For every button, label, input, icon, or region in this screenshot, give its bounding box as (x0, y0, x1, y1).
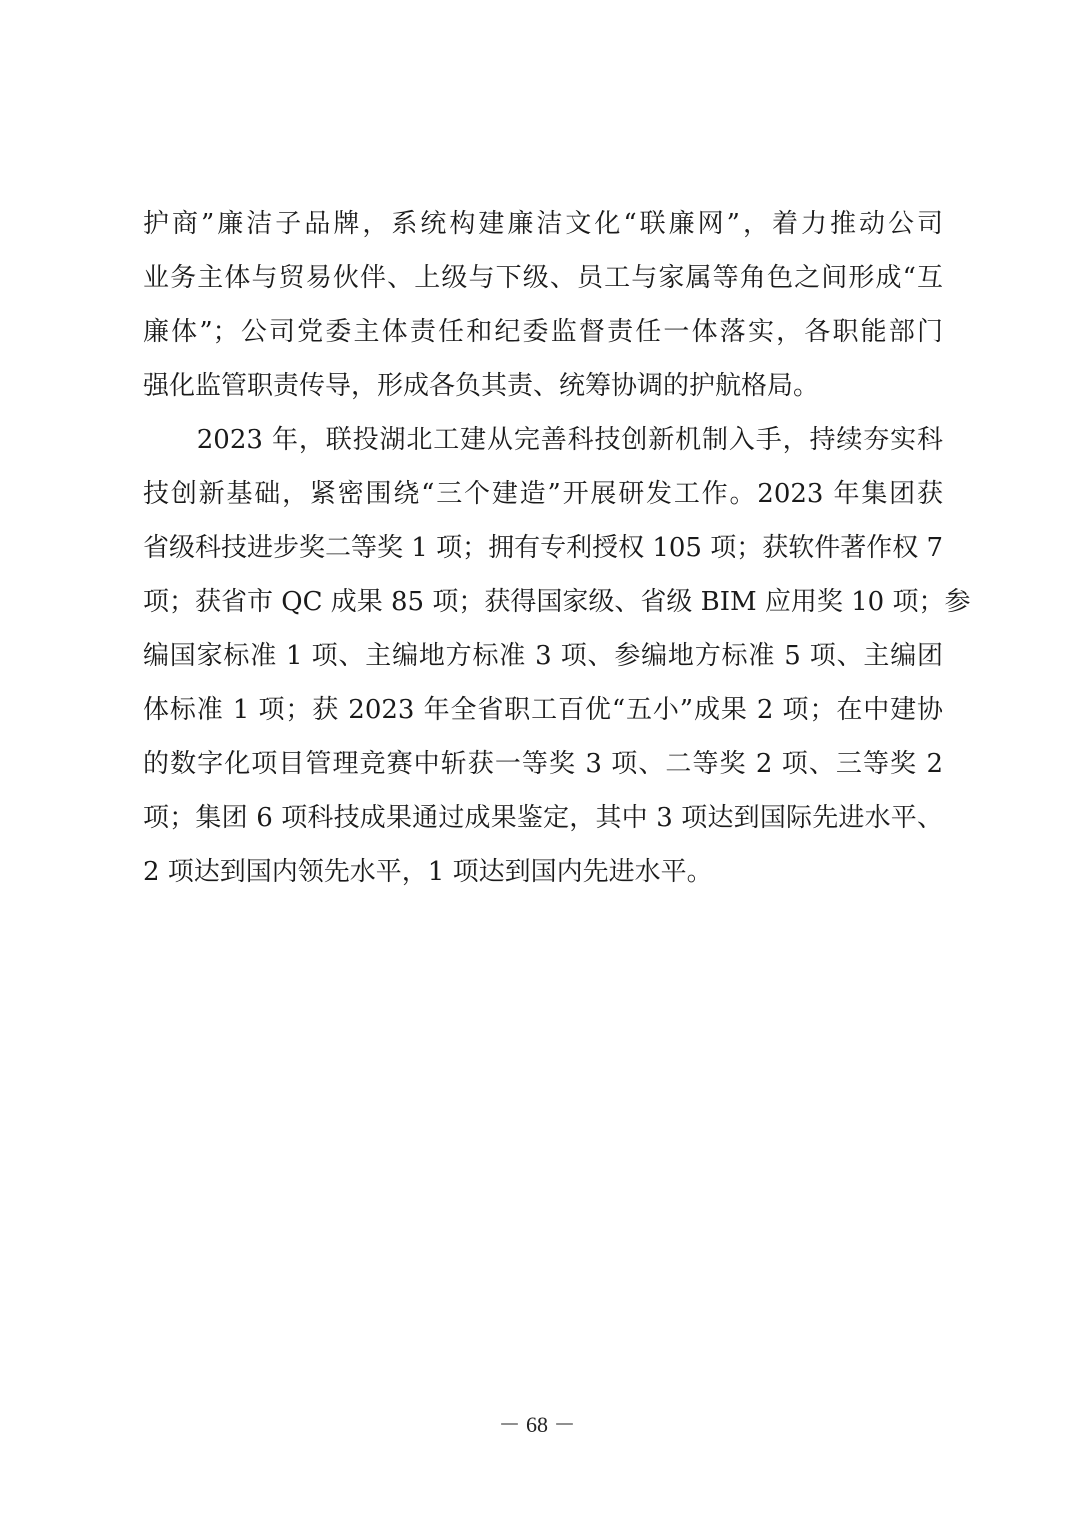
paragraph-1: 护商”廉洁子品牌，系统构建廉洁文化“联廉网”，着力推动公司 业务主体与贸易伙伴、… (143, 197, 943, 413)
text-line: 的数字化项目管理竞赛中斩获一等奖 3 项、二等奖 2 项、三等奖 2 (143, 737, 943, 791)
text-line: 项；集团 6 项科技成果通过成果鉴定，其中 3 项达到国际先进水平、 (143, 791, 943, 845)
text-line: 编国家标准 1 项、主编地方标准 3 项、参编地方标准 5 项、主编团 (143, 629, 943, 683)
text-line: 项；获省市 QC 成果 85 项；获得国家级、省级 BIM 应用奖 10 项；参 (143, 575, 943, 629)
text-line: 省级科技进步奖二等奖 1 项；拥有专利授权 105 项；获软件著作权 7 (143, 521, 943, 575)
page-number: － 68 － (0, 1410, 1074, 1440)
text-line: 强化监管职责传导，形成各负其责、统筹协调的护航格局。 (143, 359, 943, 413)
text-line: 护商”廉洁子品牌，系统构建廉洁文化“联廉网”，着力推动公司 (143, 197, 943, 251)
body-text: 护商”廉洁子品牌，系统构建廉洁文化“联廉网”，着力推动公司 业务主体与贸易伙伴、… (143, 197, 943, 899)
text-line: 2 项达到国内领先水平，1 项达到国内先进水平。 (143, 845, 943, 899)
text-line: 体标准 1 项；获 2023 年全省职工百优“五小”成果 2 项；在中建协 (143, 683, 943, 737)
text-line: 技创新基础，紧密围绕“三个建造”开展研发工作。2023 年集团获 (143, 467, 943, 521)
text-line: 2023 年，联投湖北工建从完善科技创新机制入手，持续夯实科 (143, 413, 943, 467)
paragraph-2: 2023 年，联投湖北工建从完善科技创新机制入手，持续夯实科 技创新基础，紧密围… (143, 413, 943, 899)
text-line: 业务主体与贸易伙伴、上级与下级、员工与家属等角色之间形成“互 (143, 251, 943, 305)
text-line: 廉体”；公司党委主体责任和纪委监督责任一体落实，各职能部门 (143, 305, 943, 359)
document-page: 护商”廉洁子品牌，系统构建廉洁文化“联廉网”，着力推动公司 业务主体与贸易伙伴、… (0, 0, 1074, 1520)
